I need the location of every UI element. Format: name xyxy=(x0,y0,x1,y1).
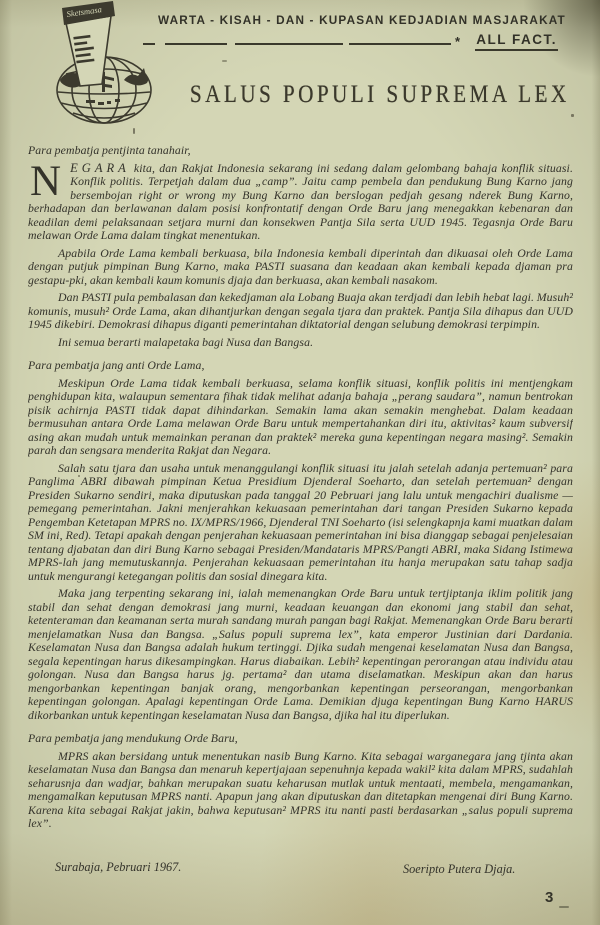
ink-speck xyxy=(222,60,227,62)
author-signature: Soeripto Putera Djaja. xyxy=(403,862,515,877)
page-number: 3 xyxy=(545,889,553,906)
dropcap-letter: N xyxy=(28,162,70,198)
paragraph-apabila: Apabila Orde Lama kembali berkuasa, bila… xyxy=(28,247,573,288)
all-fact-label: ALL FACT. xyxy=(475,32,558,51)
paragraph-salah-satu: Salah satu tjara dan usaha untuk menangg… xyxy=(28,462,573,584)
ink-speck xyxy=(78,475,80,477)
paragraph-malapetaka: Ini semua berarti malapetaka bagi Nusa d… xyxy=(28,336,573,350)
sketsmasa-globe-logo: Sketsmasa xyxy=(52,0,162,132)
salutation-pendukung-orde-baru: Para pembatja jang mendukung Orde Baru, xyxy=(28,732,573,746)
ink-speck xyxy=(571,114,574,117)
masthead-line2: * ALL FACT. xyxy=(143,34,558,52)
salutation-tanahair: Para pembatja pentjinta tanahair, xyxy=(28,144,573,158)
paragraph-mprs: MPRS akan bersidang untuk menentukan nas… xyxy=(28,750,573,831)
paragraph-dan-pasti: Dan PASTI pula pembalasan dan kekedjaman… xyxy=(28,291,573,332)
article-body: Para pembatja pentjinta tanahair, NEGARA… xyxy=(28,134,573,855)
paragraph-meskipun: Meskipun Orde Lama tidak kembali berkuas… xyxy=(28,377,573,458)
salutation-anti-orde-lama: Para pembatja jang anti Orde Lama, xyxy=(28,359,573,373)
ink-speck xyxy=(133,128,135,134)
masthead-tagline: WARTA - KISAH - DAN - KUPASAN KEDJADIAN … xyxy=(158,13,560,27)
place-date: Surabaja, Pebruari 1967. xyxy=(55,860,181,875)
ink-speck xyxy=(559,906,569,908)
magazine-page: Sketsmasa WARTA - KISAH - DAN - KUPASAN … xyxy=(0,0,600,925)
star-icon: * xyxy=(455,34,460,49)
paragraph-negara: NEGARA kita, dan Rakjat Indonesia sekara… xyxy=(28,162,573,243)
dashed-rule xyxy=(143,43,451,45)
page-title: SALUS POPULI SUPREMA LEX xyxy=(190,81,528,109)
lead-word: EGARA xyxy=(70,161,130,175)
ink-speck xyxy=(326,196,328,198)
ink-speck xyxy=(540,99,543,102)
paragraph-maka-jang: Maka jang terpenting sekarang ini, ialah… xyxy=(28,587,573,722)
